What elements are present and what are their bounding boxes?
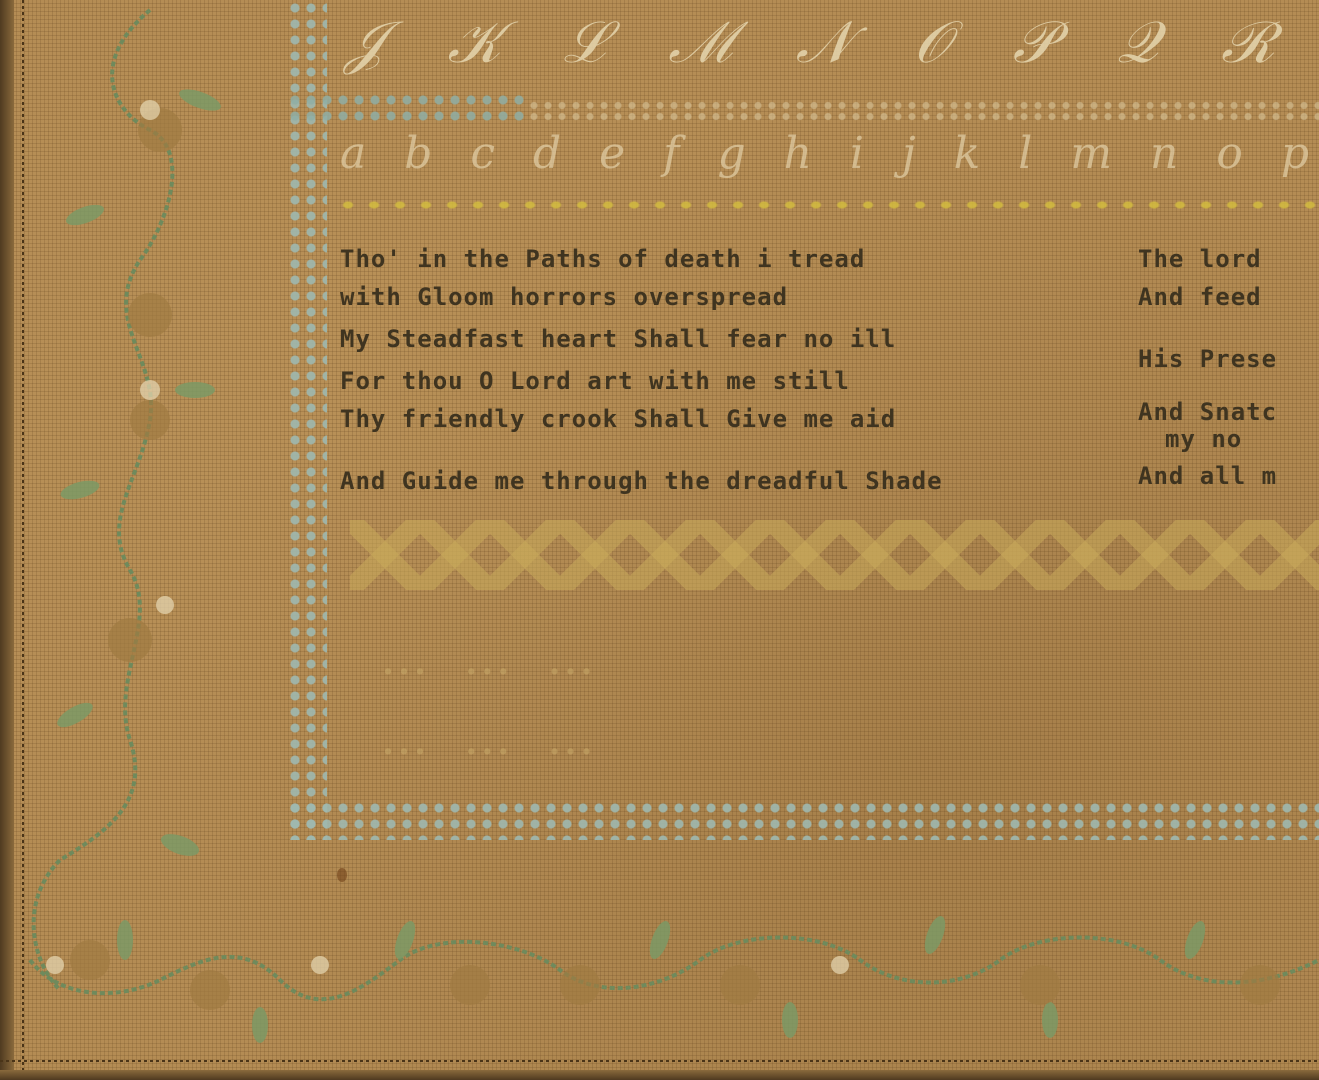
verse-line: His Prese (1138, 345, 1277, 373)
uppercase-alphabet: 𝒥 𝒦 ℒ ℳ 𝒩 𝒪 𝒫 𝒬 ℛ 𝒮 𝒯 𝒰 𝒱 𝒲 (345, 8, 1319, 77)
verse-line: For thou O Lord art with me still (340, 367, 850, 395)
faded-text-line: … … … (380, 710, 605, 766)
verse-line: And all m (1138, 462, 1277, 490)
verse-line: with Gloom horrors overspread (340, 283, 788, 311)
blue-frame-horizontal (287, 800, 1319, 840)
verse-line: The lord (1138, 245, 1262, 273)
verse-line: Tho' in the Paths of death i tread (340, 245, 865, 273)
hemstitch-left (22, 0, 24, 1080)
hemstitch-bottom (0, 1060, 1319, 1062)
fabric-stain (337, 868, 347, 882)
blue-frame-top (287, 92, 527, 126)
verse-line: My Steadfast heart Shall fear no ill (340, 325, 896, 353)
frame-edge-left (0, 0, 14, 1080)
blue-frame-vertical (287, 0, 327, 840)
diamond-motif-band (350, 520, 1319, 590)
faded-text-line: … … … (380, 630, 605, 686)
verse-line: And Snatc (1138, 398, 1277, 426)
verse-line: Thy friendly crook Shall Give me aid (340, 405, 896, 433)
verse-line: And Guide me through the dreadful Shade (340, 467, 943, 495)
verse-line: And feed (1138, 283, 1262, 311)
yellow-divider-band (335, 196, 1319, 214)
verse-line: my no (1165, 425, 1242, 453)
lowercase-alphabet: a b c d e f g h i j k l m n o p q r s t … (340, 128, 1319, 179)
cream-divider-band (527, 100, 1319, 122)
frame-edge-bottom (0, 1070, 1319, 1080)
